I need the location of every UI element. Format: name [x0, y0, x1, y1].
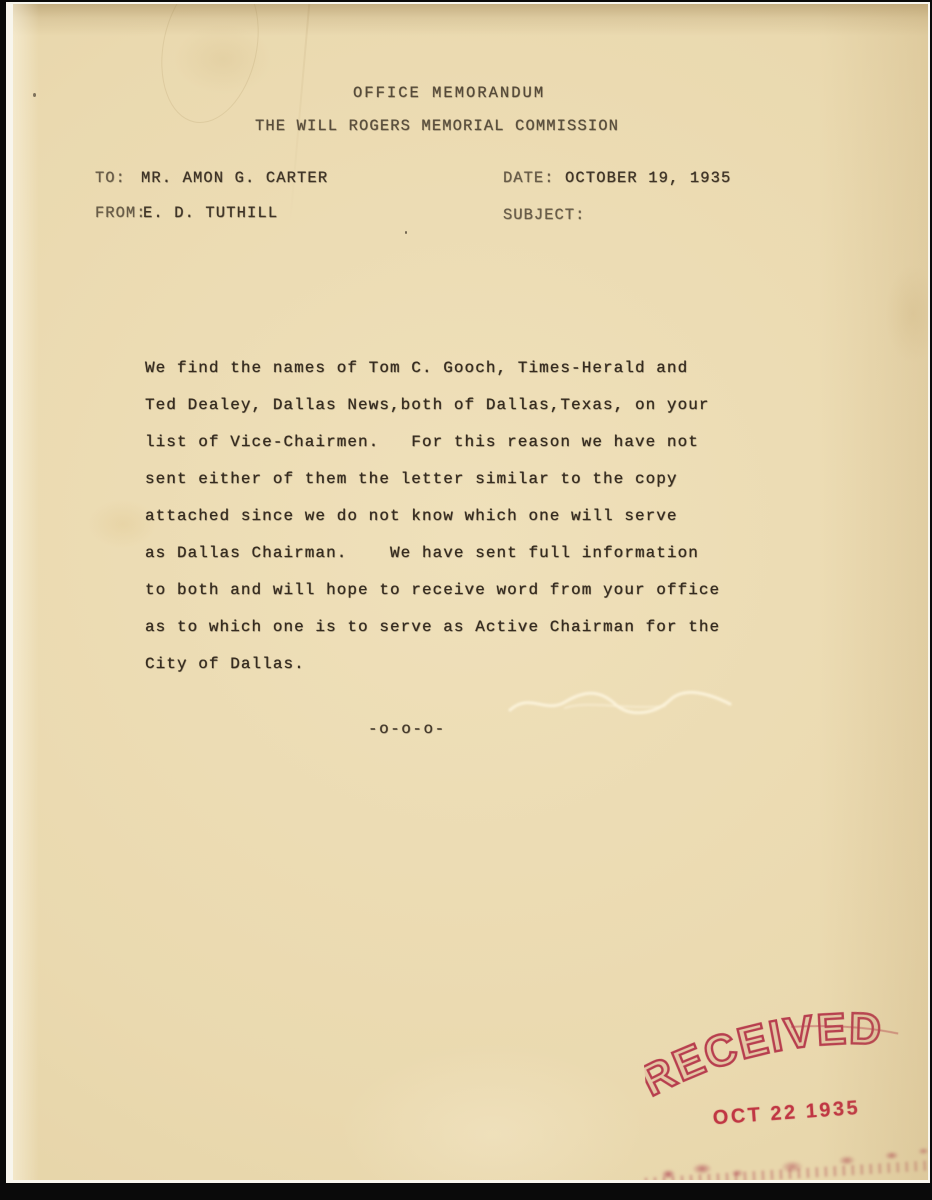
memo-body-line: list of Vice-Chairmen. For this reason w…: [145, 424, 720, 461]
memo-body-line: attached since we do not know which one …: [145, 498, 720, 535]
from-label: FROM:: [95, 204, 147, 222]
ink-speck: [33, 93, 36, 97]
memo-body-line: to both and will hope to receive word fr…: [145, 572, 720, 609]
memo-body-line: Ted Dealey, Dallas News,both of Dallas,T…: [145, 387, 720, 424]
to-value: MR. AMON G. CARTER: [141, 169, 328, 187]
faint-signature-watermark: [505, 680, 735, 725]
faded-stamp-smudge: [639, 1139, 928, 1180]
from-value: E. D. TUTHILL: [143, 204, 278, 222]
paper-crease: [148, 4, 272, 132]
memo-body: We find the names of Tom C. Gooch, Times…: [145, 350, 720, 683]
ink-speck: [405, 231, 407, 234]
memo-body-line: as Dallas Chairman. We have sent full in…: [145, 535, 720, 572]
to-label: TO:: [95, 169, 126, 187]
subject-label: SUBJECT:: [503, 206, 585, 224]
date-label: DATE:: [503, 169, 555, 187]
received-stamp: RECEIVED OCT 22 1935: [641, 1004, 920, 1137]
memo-paper: OFFICE MEMORANDUM THE WILL ROGERS MEMORI…: [13, 4, 928, 1180]
memo-title: OFFICE MEMORANDUM: [353, 84, 545, 102]
date-value: OCTOBER 19, 1935: [565, 169, 731, 187]
memo-body-line: City of Dallas.: [145, 646, 720, 683]
closing-separator: -o-o-o-: [368, 720, 446, 738]
smudge-streak: [644, 1160, 928, 1180]
memo-organization: THE WILL ROGERS MEMORIAL COMMISSION: [255, 117, 619, 135]
paper-crease: [289, 4, 311, 224]
memo-body-line: We find the names of Tom C. Gooch, Times…: [145, 350, 720, 387]
received-stamp-word: RECEIVED: [641, 1005, 891, 1107]
scanned-memo-page: OFFICE MEMORANDUM THE WILL ROGERS MEMORI…: [0, 0, 932, 1200]
memo-body-line: as to which one is to serve as Active Ch…: [145, 609, 720, 646]
memo-body-line: sent either of them the letter similar t…: [145, 461, 720, 498]
